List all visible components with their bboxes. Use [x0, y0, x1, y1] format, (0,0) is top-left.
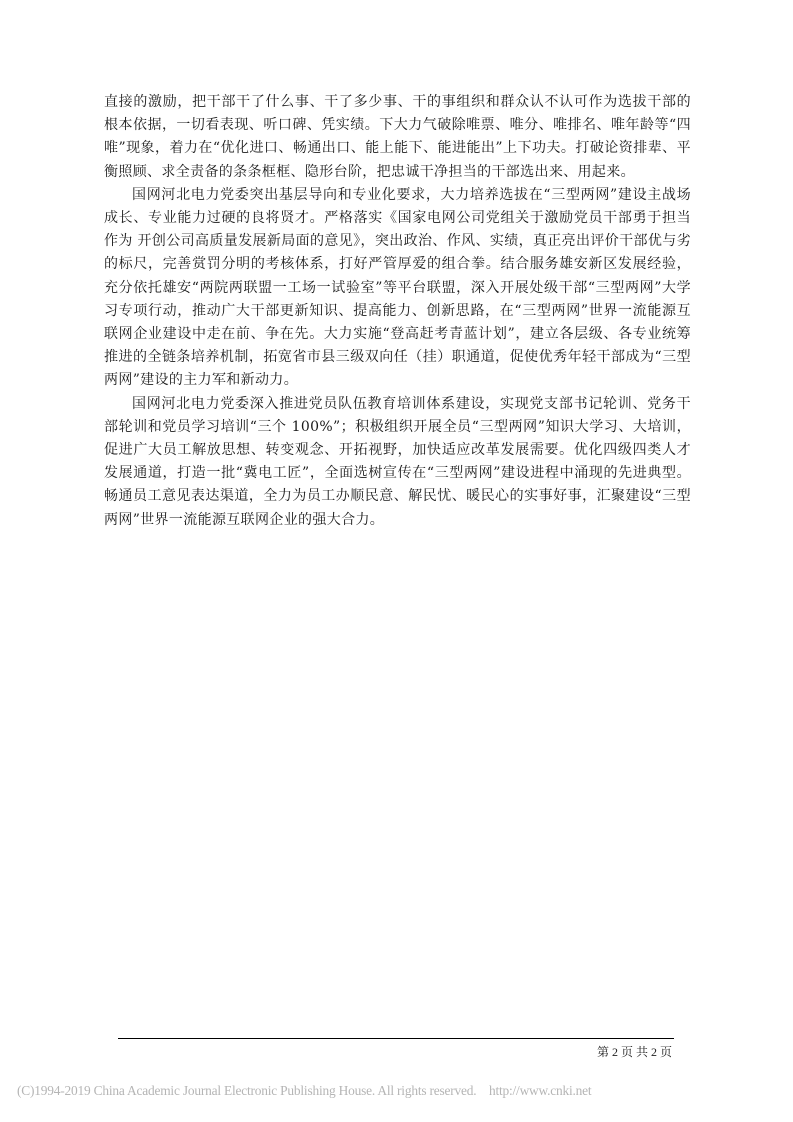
- footer-divider: [118, 1038, 674, 1039]
- copyright-watermark: (C)1994-2019 China Academic Journal Elec…: [17, 1083, 591, 1099]
- page-number: 第 2 页 共 2 页: [597, 1043, 672, 1060]
- paragraph-3: 国网河北电力党委深入推进党员队伍教育培训体系建设，实现党支部书记轮训、党务干部轮…: [104, 393, 691, 532]
- document-body: 直接的激励，把干部干了什么事、干了多少事、干的事组织和群众认不认可作为选拔干部的…: [104, 91, 691, 532]
- paragraph-2: 国网河北电力党委突出基层导向和专业化要求，大力培养选拔在“三型两网”建设主战场成…: [104, 184, 691, 393]
- paragraph-1: 直接的激励，把干部干了什么事、干了多少事、干的事组织和群众认不认可作为选拔干部的…: [104, 91, 691, 184]
